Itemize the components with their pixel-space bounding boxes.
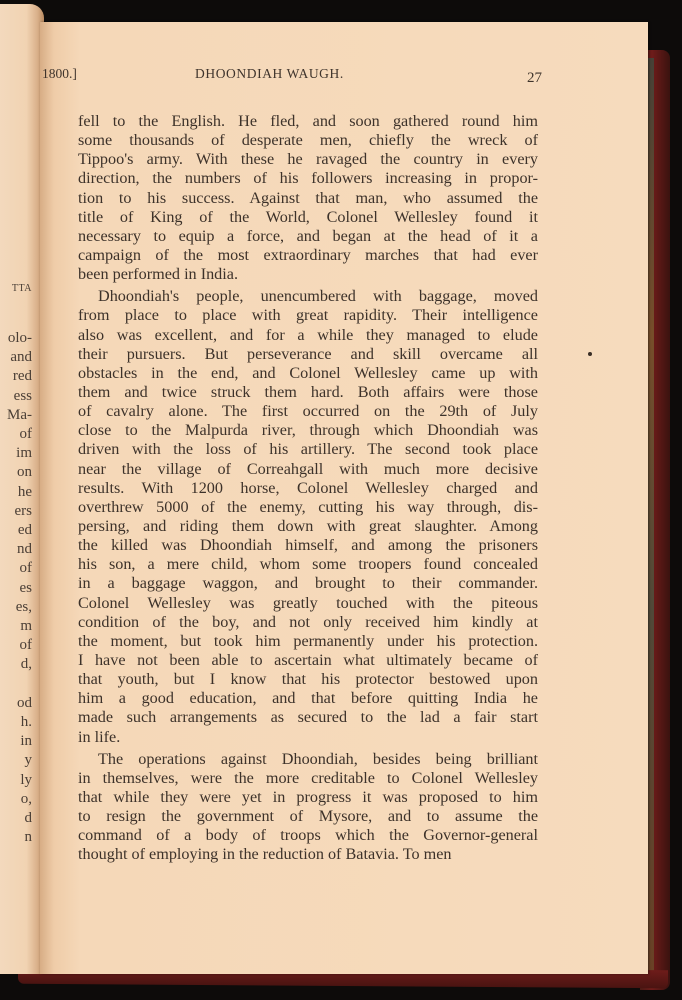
text-line: results. With 1200 horse, Colonel Welles… [78,479,538,498]
text-line: driven with the loss of his artillery. T… [78,440,538,459]
text-line: tion to his success. Against that man, w… [78,189,538,208]
text-line: command of a body of troops which the Go… [78,826,538,845]
text-line: their pursuers. But perseverance and ski… [78,345,538,364]
text-line: in themselves, were the more creditable … [78,769,538,788]
left-page-line-fragment: im [16,444,32,463]
text-line: obstacles in the end, and Colonel Welles… [78,364,538,383]
left-page-line-fragment: d, [21,655,32,674]
header-title: DHOONDIAH WAUGH. [195,66,344,82]
text-line: that youth, but I know that his protecto… [78,670,538,689]
text-line: that while they were yet in progress it … [78,788,538,807]
text-line: The operations against Dhoondiah, beside… [78,750,538,769]
left-page-line-fragment: d [25,809,33,828]
text-line: the killed was Dhoondiah himself, and am… [78,536,538,555]
text-line: made such arrangements as secured to the… [78,708,538,727]
text-line: to resign the government of Mysore, and … [78,807,538,826]
left-page-line-fragment: ed [18,521,32,540]
left-page-line-fragment: o, [21,790,32,809]
left-page-line-fragment: es [20,579,33,598]
page-number: 27 [527,70,542,87]
text-line: close to the Malpurda river, through whi… [78,421,538,440]
text-line: thought of employing in the reduction of… [78,845,538,864]
text-line: necessary to equip a force, and began at… [78,227,538,246]
page-speck [588,352,592,356]
left-page-line-fragment: of [20,425,33,444]
left-page-line-fragment: Ma- [7,406,32,425]
running-header: 1800.] DHOONDIAH WAUGH. 27 [42,64,542,84]
left-page-line-fragment: ly [20,771,32,790]
left-running-head-fragment: TTA [12,279,32,298]
text-line: his son, a mere child, whom some trooper… [78,555,538,574]
paragraph: fell to the English. He fled, and soon g… [78,112,538,284]
left-page-line-fragment: he [18,483,32,502]
text-line: of cavalry alone. The first occurred on … [78,402,538,421]
left-page-line-fragment: of [20,559,33,578]
left-page-line-fragment: olo- [8,329,32,348]
text-line: been performed in India. [78,265,538,284]
text-line: near the village of Correahgall with muc… [78,460,538,479]
text-line: Dhoondiah's people, unencumbered with ba… [78,287,538,306]
text-line: direction, the numbers of his followers … [78,169,538,188]
left-page: TTA olo-andredessMa-ofimonheersedndofese… [0,4,44,974]
text-line: title of King of the World, Colonel Well… [78,208,538,227]
header-year: 1800.] [42,66,77,82]
left-page-line-fragment: on [17,463,32,482]
left-page-line-fragment: y [25,751,33,770]
text-line: them and twice struck them hard. Both af… [78,383,538,402]
text-line: overthrew 5000 of the enemy, cutting his… [78,498,538,517]
left-page-line-fragment: red [13,367,32,386]
text-line: I have not been able to ascertain what u… [78,651,538,670]
left-page-line-fragment: in [20,732,32,751]
left-page-line-fragment: m [20,617,32,636]
text-line: the moment, but took him permanently und… [78,632,538,651]
left-page-line-fragment: ess [14,387,32,406]
left-page-line-fragment: and [10,348,32,367]
text-line: persing, and riding them down with great… [78,517,538,536]
left-page-line-fragment: nd [17,540,32,559]
text-line: condition of the boy, and not only recei… [78,613,538,632]
text-line: in life. [78,728,538,747]
text-line: Colonel Wellesley was greatly touched wi… [78,594,538,613]
text-line: him a good education, and that before qu… [78,689,538,708]
left-page-line-fragment: ers [15,502,33,521]
body-text: fell to the English. He fled, and soon g… [78,112,538,864]
text-line: also was excellent, and for a while they… [78,326,538,345]
text-line: some thousands of desperate men, chiefly… [78,131,538,150]
paragraph: The operations against Dhoondiah, beside… [78,750,538,865]
text-line: in a baggage waggon, and brought to thei… [78,574,538,593]
paragraph: Dhoondiah's people, unencumbered with ba… [78,287,538,746]
left-page-line-fragment: of [20,636,33,655]
left-page-line-fragment: es, [16,598,32,617]
left-page-line-fragment: n [25,828,33,847]
text-line: campaign of the most extraordinary march… [78,246,538,265]
text-line: fell to the English. He fled, and soon g… [78,112,538,131]
text-line: from place to place with great rapidity.… [78,306,538,325]
left-page-line-fragment: h. [21,713,32,732]
left-page-line-fragment: od [17,694,32,713]
text-line: Tippoo's army. With these he ravaged the… [78,150,538,169]
